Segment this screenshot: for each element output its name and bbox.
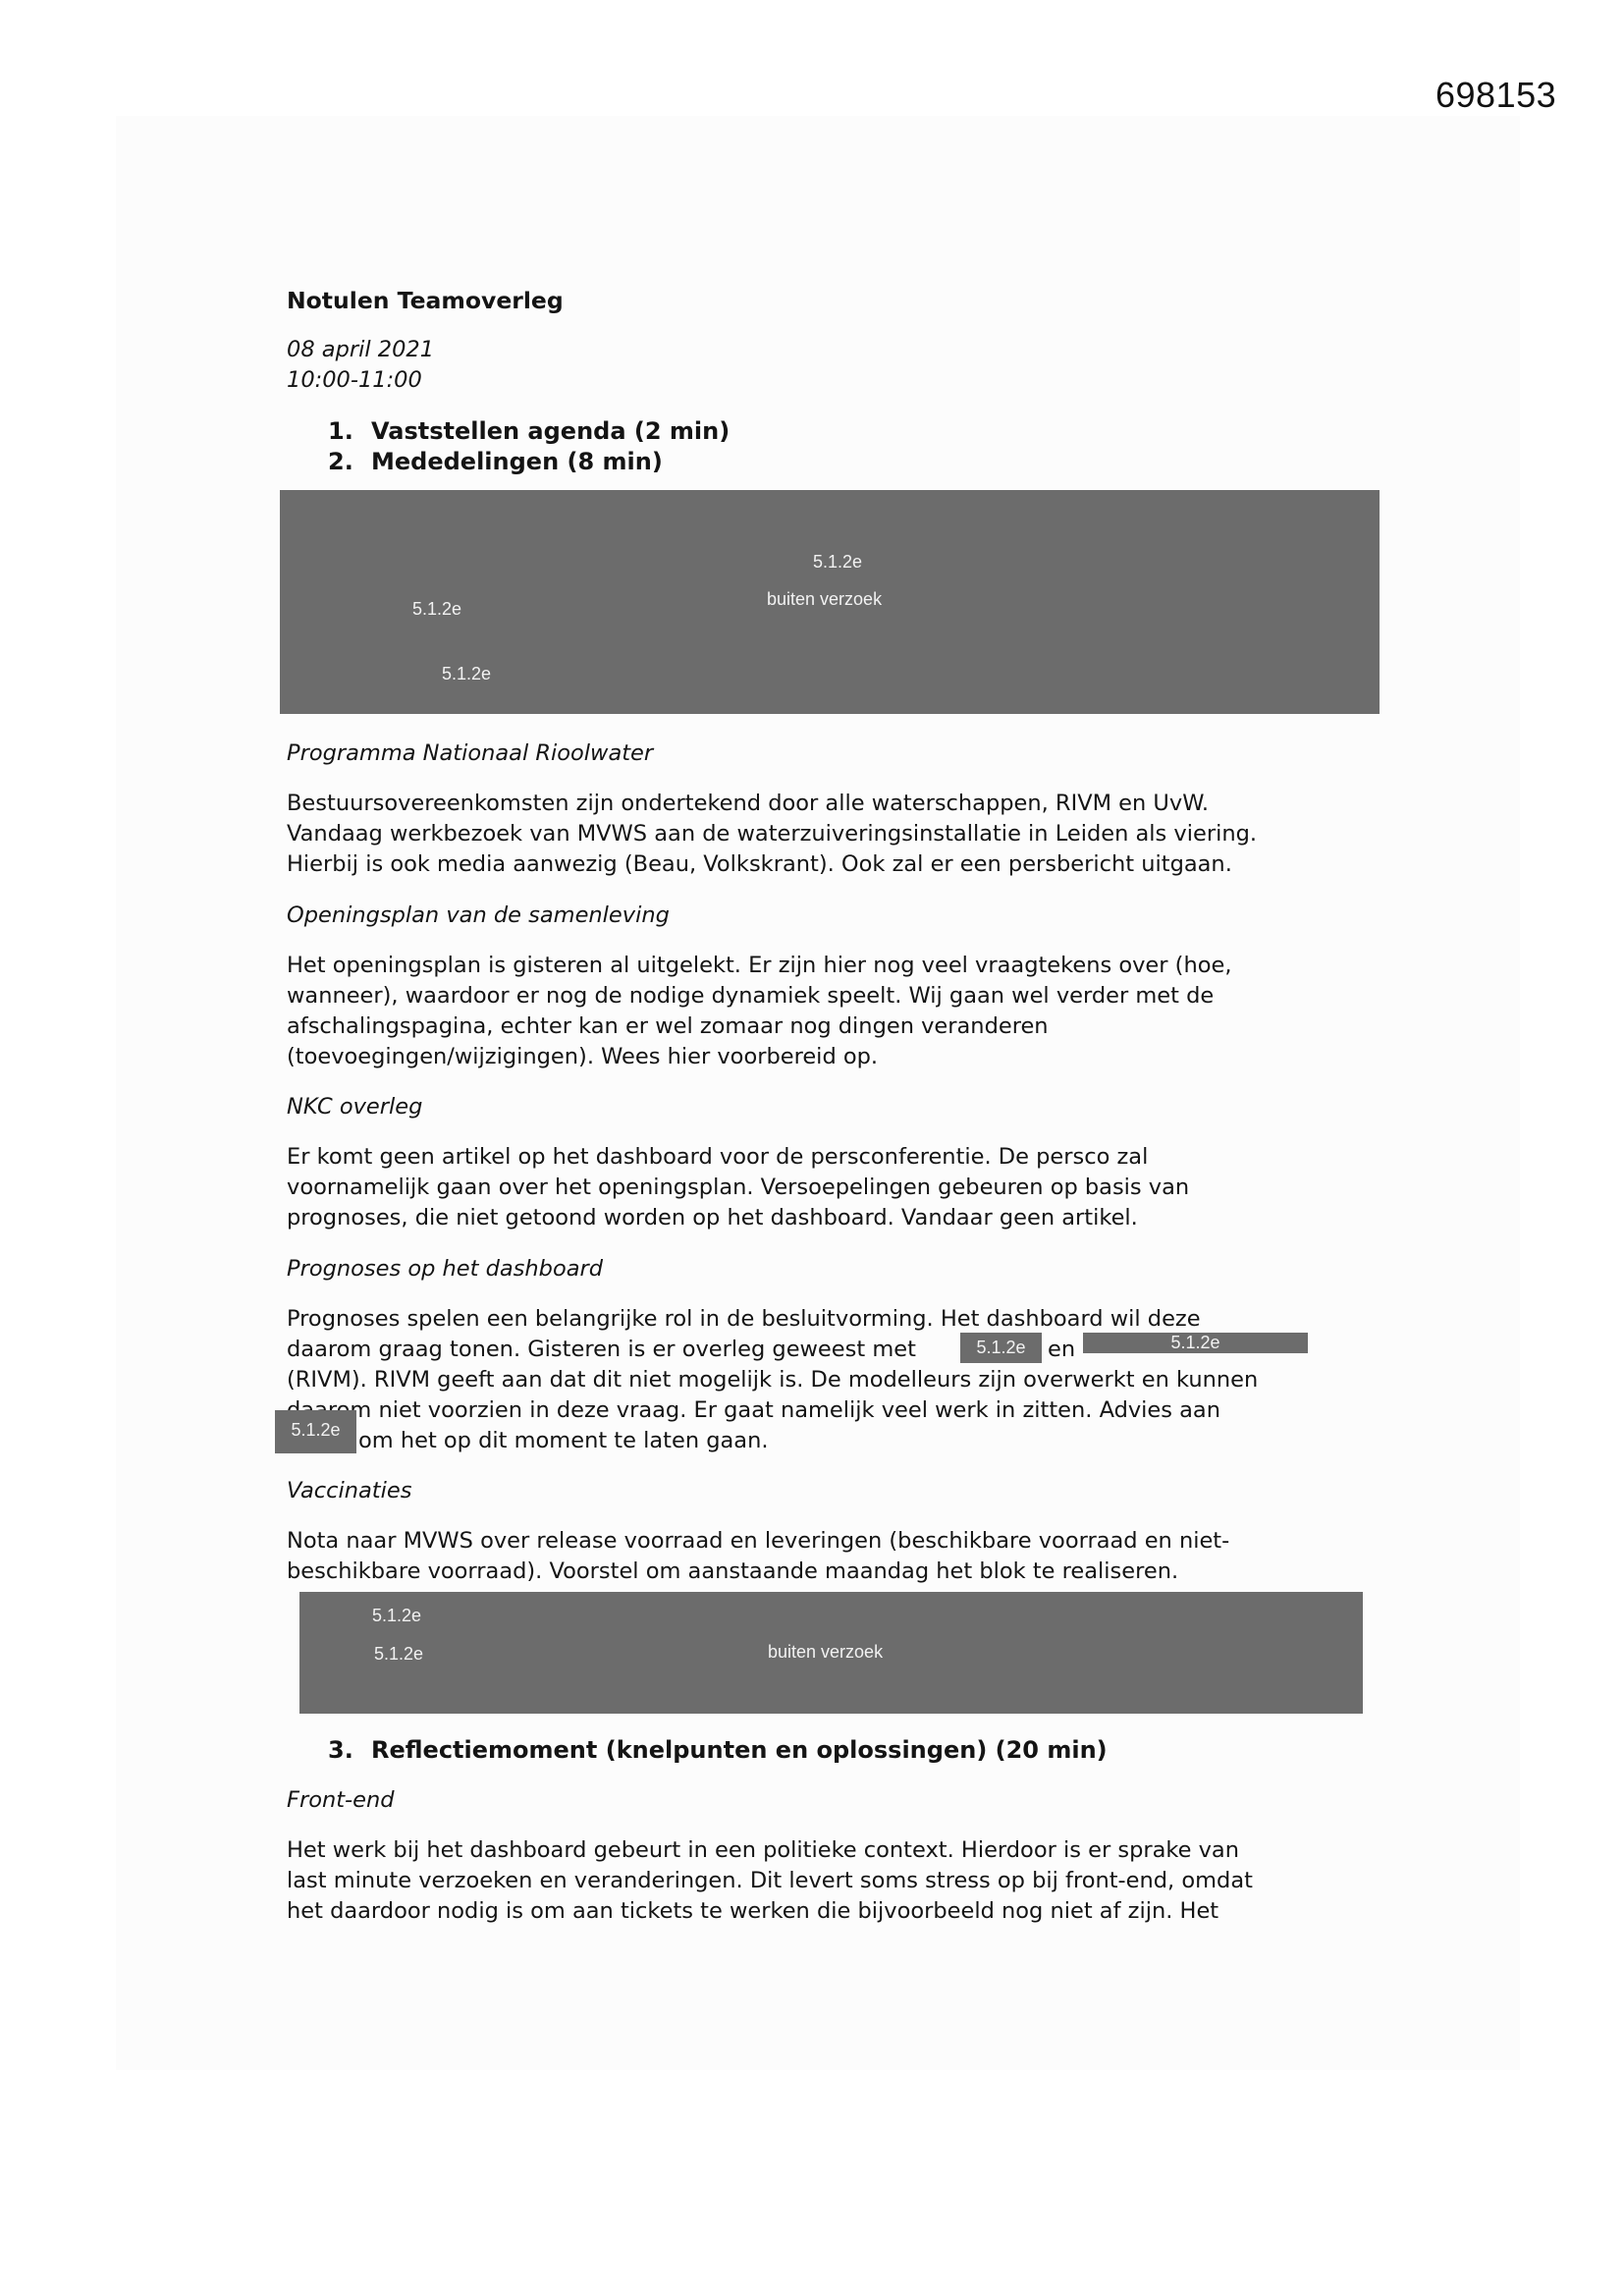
redaction-block: 5.1.2e 5.1.2e buiten verzoek — [299, 1592, 1363, 1714]
agenda-item-label: Mededelingen (8 min) — [371, 448, 663, 475]
paragraph-line: daarom graag tonen. Gisteren is er overl… — [287, 1335, 916, 1364]
paragraph-line: Het werk bij het dashboard gebeurt in ee… — [287, 1835, 1239, 1865]
agenda-item-number: 1. — [328, 416, 371, 446]
document-id: 698153 — [1435, 75, 1556, 116]
redaction-code: 5.1.2e — [372, 1606, 421, 1626]
meeting-time: 10:00-11:00 — [287, 365, 422, 395]
paragraph-line: afschalingspagina, echter kan er wel zom… — [287, 1011, 1049, 1041]
paragraph-line: last minute verzoeken en veranderingen. … — [287, 1866, 1253, 1895]
redaction-code: 5.1.2e — [412, 599, 461, 620]
redaction-code: 5.1.2e — [442, 664, 491, 684]
redaction-code: 5.1.2e — [374, 1644, 423, 1665]
redaction-reason: buiten verzoek — [768, 1642, 883, 1663]
redaction-reason: buiten verzoek — [767, 589, 882, 610]
paragraph-line: Vandaag werkbezoek van MVWS aan de water… — [287, 819, 1257, 848]
section-heading-frontend: Front-end — [287, 1785, 395, 1815]
paragraph-line: wanneer), waardoor er nog de nodige dyna… — [287, 981, 1214, 1011]
redaction-block: 5.1.2e buiten verzoek 5.1.2e 5.1.2e — [280, 490, 1380, 714]
paragraph-line: het daardoor nodig is om aan tickets te … — [287, 1896, 1218, 1926]
paragraph-line: prognoses, die niet getoond worden op he… — [287, 1203, 1138, 1232]
inline-redaction: 5.1.2e — [275, 1410, 356, 1453]
section-heading-riool: Programma Nationaal Rioolwater — [287, 738, 653, 768]
section-heading-vaccinaties: Vaccinaties — [287, 1476, 411, 1505]
agenda-item-3: 3.Reflectiemoment (knelpunten en oplossi… — [328, 1735, 1108, 1765]
agenda-item-label: Vaststellen agenda (2 min) — [371, 417, 730, 445]
paragraph-line: Er komt geen artikel op het dashboard vo… — [287, 1142, 1148, 1172]
document-title: Notulen Teamoverleg — [287, 286, 564, 315]
section-heading-openingsplan: Openingsplan van de samenleving — [287, 901, 670, 930]
agenda-item-label: Reflectiemoment (knelpunten en oplossing… — [371, 1736, 1108, 1764]
paragraph-line: Het openingsplan is gisteren al uitgelek… — [287, 951, 1231, 980]
section-heading-nkc: NKC overleg — [287, 1092, 422, 1121]
paragraph-line: om het op dit moment te laten gaan. — [358, 1426, 769, 1455]
agenda-item-2: 2.Mededelingen (8 min) — [328, 447, 663, 476]
meeting-date: 08 april 2021 — [287, 335, 434, 364]
redaction-code: 5.1.2e — [813, 552, 862, 573]
paragraph-line: (RIVM). RIVM geeft aan dat dit niet moge… — [287, 1365, 1258, 1394]
paragraph-line: beschikbare voorraad). Voorstel om aanst… — [287, 1557, 1178, 1586]
inline-redaction: 5.1.2e — [1083, 1333, 1308, 1353]
paragraph-line: Bestuursovereenkomsten zijn ondertekend … — [287, 789, 1209, 818]
paragraph-line: Prognoses spelen een belangrijke rol in … — [287, 1304, 1201, 1334]
paragraph-line: Nota naar MVWS over release voorraad en … — [287, 1526, 1229, 1556]
paragraph-line: (toevoegingen/wijzigingen). Wees hier vo… — [287, 1042, 878, 1071]
paragraph-word: en — [1048, 1335, 1075, 1364]
paragraph-line: daarom niet voorzien in deze vraag. Er g… — [287, 1395, 1220, 1425]
paragraph-line: Hierbij is ook media aanwezig (Beau, Vol… — [287, 849, 1232, 879]
agenda-item-number: 2. — [328, 447, 371, 476]
agenda-item-number: 3. — [328, 1735, 371, 1765]
inline-redaction: 5.1.2e — [960, 1333, 1042, 1363]
section-heading-prognoses: Prognoses op het dashboard — [287, 1254, 603, 1284]
agenda-item-1: 1.Vaststellen agenda (2 min) — [328, 416, 730, 446]
paragraph-line: voornamelijk gaan over het openingsplan.… — [287, 1173, 1189, 1202]
